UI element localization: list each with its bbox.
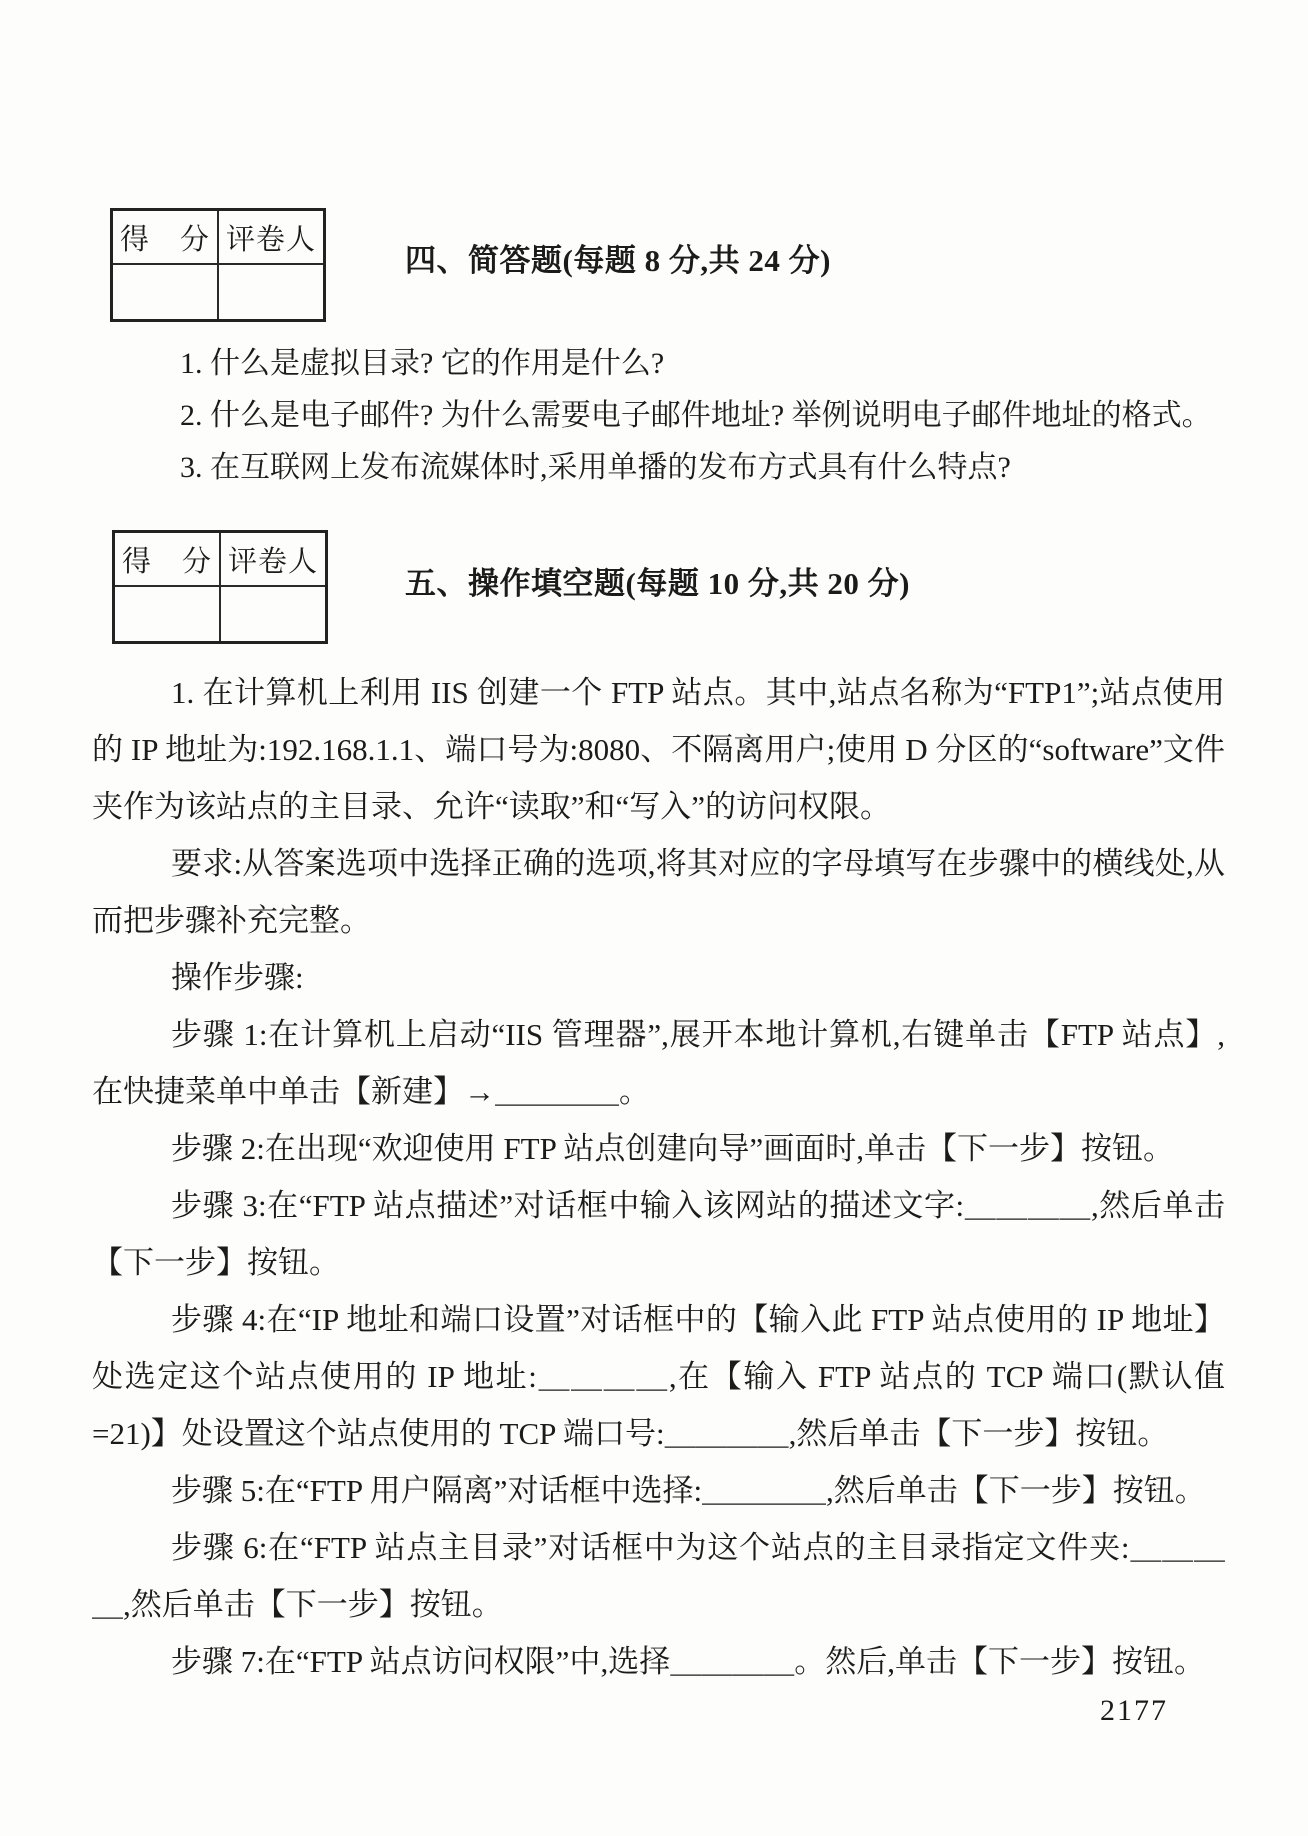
score-box-value-row [113, 265, 323, 319]
section4-questions: 1. 什么是虚拟目录? 它的作用是什么? 2. 什么是电子邮件? 为什么需要电子… [180, 348, 1230, 504]
grader-label: 评卷人 [219, 211, 323, 265]
score-box-header-row: 得 分 评卷人 [115, 533, 325, 587]
step-4: 步骤 4:在“IP 地址和端口设置”对话框中的【输入此 FTP 站点使用的 IP… [92, 1291, 1225, 1462]
page-number: 2177 [1100, 1694, 1168, 1728]
score-box-section5: 得 分 评卷人 [112, 530, 328, 644]
steps-heading: 操作步骤: [92, 949, 1225, 1006]
question-item-2: 2. 什么是电子邮件? 为什么需要电子邮件地址? 举例说明电子邮件地址的格式。 [180, 400, 1230, 432]
grader-label: 评卷人 [221, 533, 325, 587]
grader-value-cell [221, 587, 325, 641]
section4-title: 四、简答题(每题 8 分,共 24 分) [405, 243, 831, 279]
requirement-paragraph: 要求:从答案选项中选择正确的选项,将其对应的字母填写在步骤中的横线处,从而把步骤… [92, 835, 1225, 949]
step-3: 步骤 3:在“FTP 站点描述”对话框中输入该网站的描述文字:＿＿＿＿,然后单击… [92, 1177, 1225, 1291]
score-box-header-row: 得 分 评卷人 [113, 211, 323, 265]
score-box-section4: 得 分 评卷人 [110, 208, 326, 322]
step-6: 步骤 6:在“FTP 站点主目录”对话框中为这个站点的主目录指定文件夹:＿＿＿＿… [92, 1519, 1225, 1633]
question-item-1: 1. 什么是虚拟目录? 它的作用是什么? [180, 348, 1230, 380]
task-description: 1. 在计算机上利用 IIS 创建一个 FTP 站点。其中,站点名称为“FTP1… [92, 664, 1225, 835]
exam-page: 得 分 评卷人 四、简答题(每题 8 分,共 24 分) 1. 什么是虚拟目录?… [0, 0, 1308, 1836]
score-box-value-row [115, 587, 325, 641]
grader-value-cell [219, 265, 323, 319]
step-2: 步骤 2:在出现“欢迎使用 FTP 站点创建向导”画面时,单击【下一步】按钮。 [92, 1120, 1225, 1177]
section5-body: 1. 在计算机上利用 IIS 创建一个 FTP 站点。其中,站点名称为“FTP1… [92, 664, 1225, 1690]
score-label: 得 分 [113, 211, 219, 265]
question-item-3: 3. 在互联网上发布流媒体时,采用单播的发布方式具有什么特点? [180, 452, 1230, 484]
score-label: 得 分 [115, 533, 221, 587]
score-value-cell [115, 587, 221, 641]
step-7: 步骤 7:在“FTP 站点访问权限”中,选择＿＿＿＿。然后,单击【下一步】按钮。 [92, 1633, 1225, 1690]
section5-title: 五、操作填空题(每题 10 分,共 20 分) [405, 566, 910, 602]
score-value-cell [113, 265, 219, 319]
step-5: 步骤 5:在“FTP 用户隔离”对话框中选择:＿＿＿＿,然后单击【下一步】按钮。 [92, 1462, 1225, 1519]
step-1: 步骤 1:在计算机上启动“IIS 管理器”,展开本地计算机,右键单击【FTP 站… [92, 1006, 1225, 1120]
